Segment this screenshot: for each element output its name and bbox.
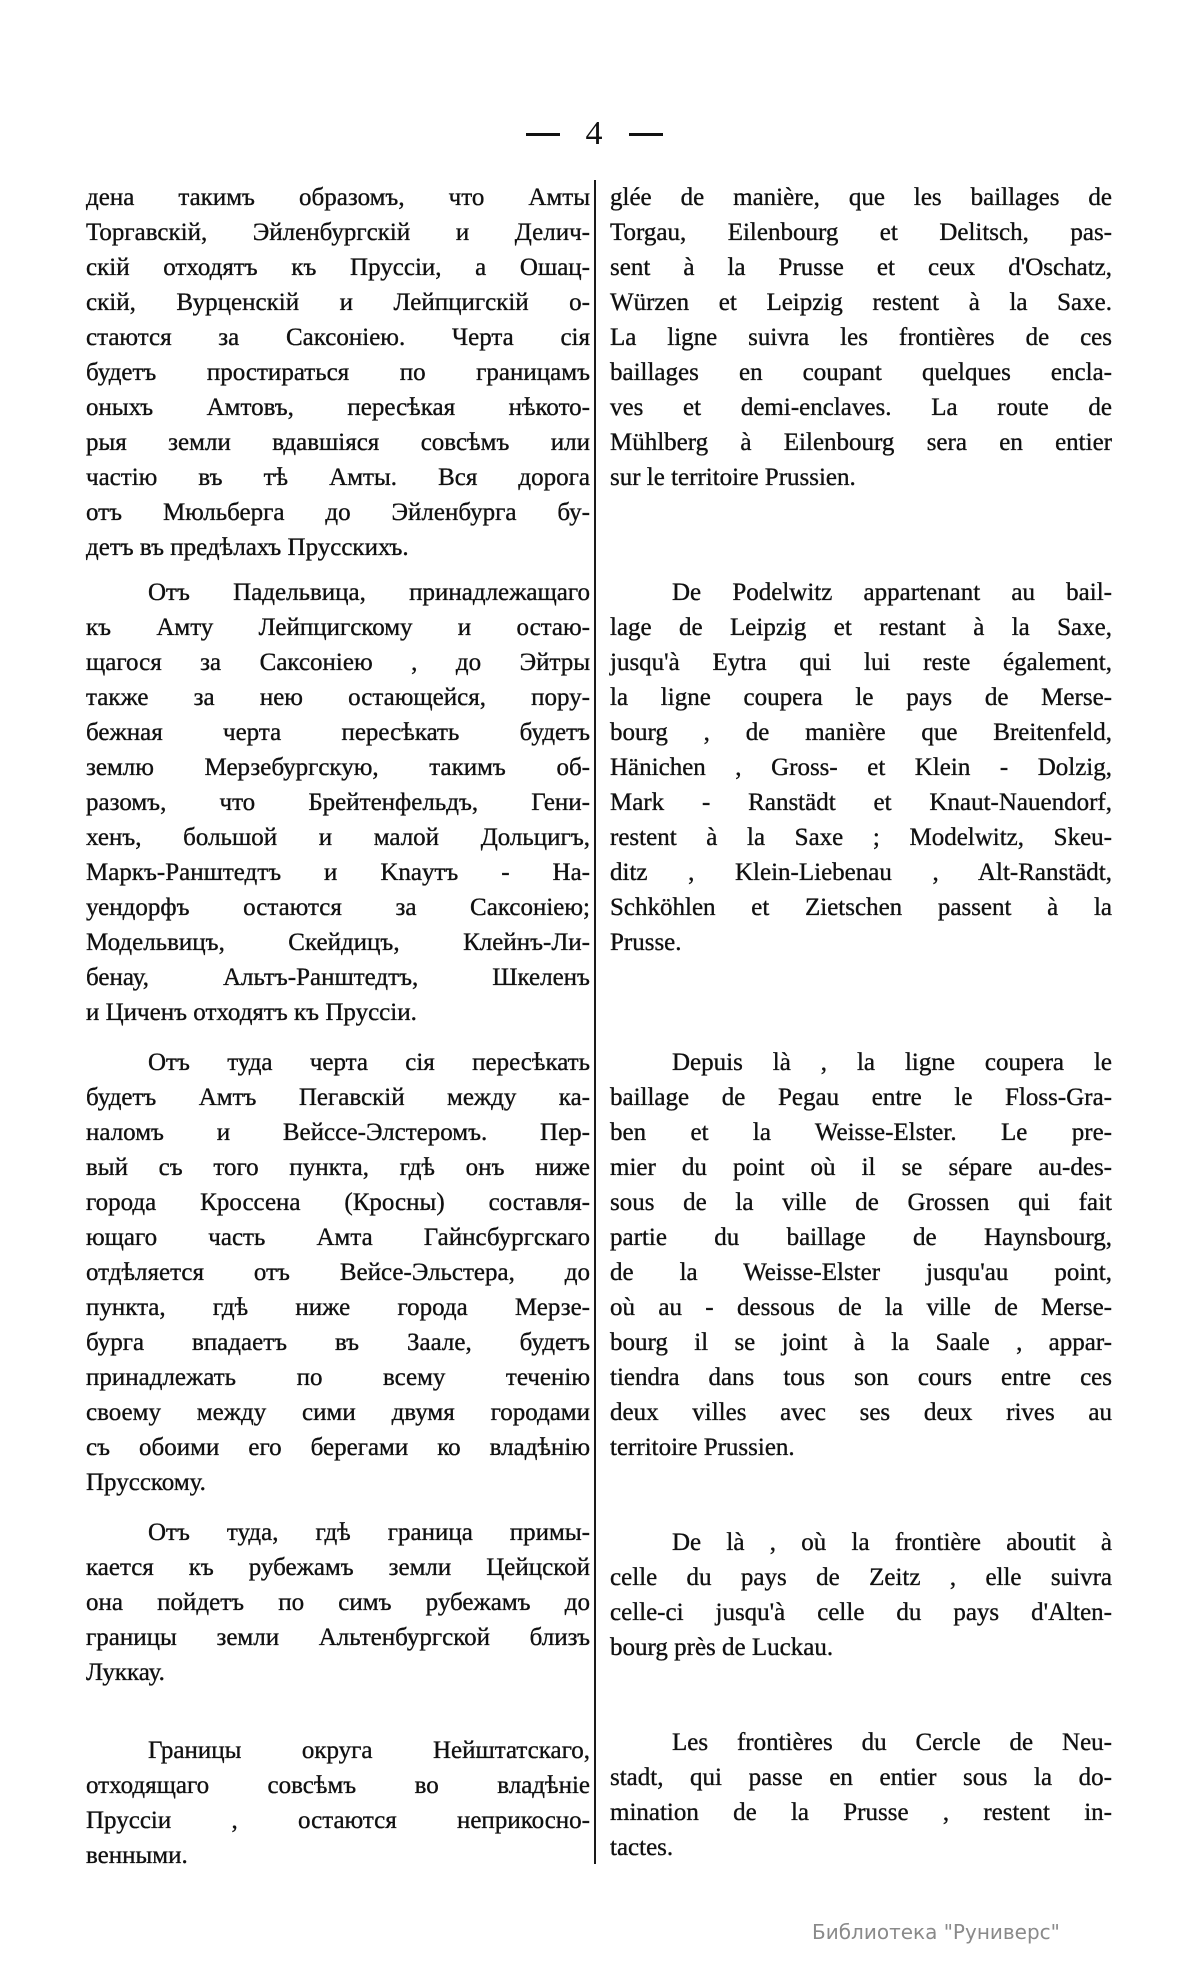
text-line: celle-ci jusqu'à celle du pays d'Alten- <box>610 1595 1112 1630</box>
text-line: Модельвицъ, Скейдицъ, Клейнъ-Ли- <box>86 925 590 960</box>
text-line: bourg il se joint à la Saale , appar- <box>610 1325 1112 1360</box>
text-line: territoire Prussien. <box>610 1430 1112 1465</box>
text-line: bourg , de manière que Breitenfeld, <box>610 715 1112 750</box>
text-line: кается къ рубежамъ земли Цейцской <box>86 1550 590 1585</box>
text-line: Торгавскій, Эйленбургскій и Делич- <box>86 215 590 250</box>
text-line: землю Мерзебургскую, такимъ об- <box>86 750 590 785</box>
russian-paragraph-2: Отъ Падельвица, принадлежащагокъ Амту Ле… <box>86 575 590 1030</box>
text-line: она пойдетъ по симъ рубежамъ до <box>86 1585 590 1620</box>
text-line: будетъ простираться по границамъ <box>86 355 590 390</box>
text-line: Mühlberg à Eilenbourg sera en entier <box>610 425 1112 460</box>
text-line: De Podelwitz appartenant au bail- <box>610 575 1112 610</box>
text-line: бурга впадаетъ въ Заале, будетъ <box>86 1325 590 1360</box>
page-number: 4 <box>0 114 1188 154</box>
text-line: ющаго часть Амта Гайнсбургскаго <box>86 1220 590 1255</box>
text-line: où au - dessous de la ville de Merse- <box>610 1290 1112 1325</box>
text-line: De là , où la frontière aboutit à <box>610 1525 1112 1560</box>
text-line: дена такимъ образомъ, что Амты <box>86 180 590 215</box>
text-line: Mark - Ranstädt et Knaut-Nauendorf, <box>610 785 1112 820</box>
text-line: jusqu'à Eytra qui lui reste également, <box>610 645 1112 680</box>
russian-paragraph-1: дена такимъ образомъ, что АмтыТоргавскій… <box>86 180 590 565</box>
text-line: baillage de Pegau entre le Floss-Gra- <box>610 1080 1112 1115</box>
text-line: La ligne suivra les frontières de ces <box>610 320 1112 355</box>
text-line: celle du pays de Zeitz , elle suivra <box>610 1560 1112 1595</box>
text-line: glée de manière, que les baillages de <box>610 180 1112 215</box>
text-line: вый съ того пункта, гдѣ онъ ниже <box>86 1150 590 1185</box>
text-line: sent à la Prusse et ceux d'Oschatz, <box>610 250 1112 285</box>
text-line: къ Амту Лейпцигскому и остаю- <box>86 610 590 645</box>
text-line: bourg près de Luckau. <box>610 1630 1112 1665</box>
text-line: mination de la Prusse , restent in- <box>610 1795 1112 1830</box>
text-line: венными. <box>86 1838 590 1873</box>
text-line: ves et demi-enclaves. La route de <box>610 390 1112 425</box>
french-paragraph-2: De Podelwitz appartenant au bail-lage de… <box>610 575 1112 960</box>
text-line: принадлежать по всему теченію <box>86 1360 590 1395</box>
text-line: tactes. <box>610 1830 1112 1865</box>
text-line: города Кроссена (Кросны) составля- <box>86 1185 590 1220</box>
text-line: скій отходятъ къ Пруссіи, а Ошац- <box>86 250 590 285</box>
text-line: Границы округа Нейштатскаго, <box>86 1733 590 1768</box>
text-line: Les frontières du Cercle de Neu- <box>610 1725 1112 1760</box>
text-line: ben et la Weisse-Elster. Le pre- <box>610 1115 1112 1150</box>
text-line: рыя земли вдавшіяся совсѣмъ или <box>86 425 590 460</box>
page-number-value: 4 <box>586 115 603 152</box>
column-divider <box>594 180 596 1864</box>
text-line: lage de Leipzig et restant à la Saxe, <box>610 610 1112 645</box>
text-line: Depuis là , la ligne coupera le <box>610 1045 1112 1080</box>
text-line: baillages en coupant quelques encla- <box>610 355 1112 390</box>
text-line: sur le territoire Prussien. <box>610 460 1112 495</box>
text-line: sous de la ville de Grossen qui fait <box>610 1185 1112 1220</box>
russian-paragraph-5: Границы округа Нейштатскаго,отходящаго с… <box>86 1733 590 1873</box>
text-line: Маркъ-Ранштедтъ и Knaутъ - На- <box>86 855 590 890</box>
text-line: Отъ туда, гдѣ граница примы- <box>86 1515 590 1550</box>
text-line: детъ въ предѣлахъ Прусскихъ. <box>86 530 590 565</box>
text-line: Würzen et Leipzig restent à la Saxe. <box>610 285 1112 320</box>
text-line: deux villes avec ses deux rives au <box>610 1395 1112 1430</box>
text-line: Пруссіи , остаются неприкосно- <box>86 1803 590 1838</box>
text-line: Prusse. <box>610 925 1112 960</box>
library-watermark: Библиотека "Руниверс" <box>812 1918 1060 1946</box>
text-line: съ обоими его берегами ко владѣнію <box>86 1430 590 1465</box>
text-line: Отъ туда черта сія пересѣкать <box>86 1045 590 1080</box>
text-line: щагося за Саксоніею , до Эйтры <box>86 645 590 680</box>
page-number-dash-right <box>629 133 663 136</box>
text-line: будетъ Амтъ Пегавскій между ка- <box>86 1080 590 1115</box>
text-line: tiendra dans tous son cours entre ces <box>610 1360 1112 1395</box>
text-line: stadt, qui passe en entier sous la do- <box>610 1760 1112 1795</box>
page-number-dash-left <box>526 133 560 136</box>
text-line: mier du point où il se sépare au-des- <box>610 1150 1112 1185</box>
text-line: Torgau, Eilenbourg et Delitsch, pas- <box>610 215 1112 250</box>
russian-paragraph-3: Отъ туда черта сія пересѣкатьбудетъ Амтъ… <box>86 1045 590 1500</box>
text-line: границы земли Альтенбургской близъ <box>86 1620 590 1655</box>
text-line: restent à la Saxe ; Modelwitz, Skeu- <box>610 820 1112 855</box>
text-line: частію въ тѣ Амты. Вся дорога <box>86 460 590 495</box>
text-line: la ligne coupera le pays de Merse- <box>610 680 1112 715</box>
text-line: наломъ и Вейссе-Элстеромъ. Пер- <box>86 1115 590 1150</box>
text-line: Hänichen , Gross- et Klein - Dolzig, <box>610 750 1112 785</box>
text-line: отходящаго совсѣмъ во владѣніе <box>86 1768 590 1803</box>
text-line: Отъ Падельвица, принадлежащаго <box>86 575 590 610</box>
text-line: стаются за Саксоніею. Черта сія <box>86 320 590 355</box>
french-paragraph-1: glée de manière, que les baillages deTor… <box>610 180 1112 495</box>
text-line: и Циченъ отходятъ къ Пруссіи. <box>86 995 590 1030</box>
text-line: разомъ, что Брейтенфельдъ, Гени- <box>86 785 590 820</box>
text-line: partie du baillage de Haynsbourg, <box>610 1220 1112 1255</box>
russian-paragraph-4: Отъ туда, гдѣ граница примы-кается къ ру… <box>86 1515 590 1690</box>
text-line: Луккау. <box>86 1655 590 1690</box>
french-paragraph-5: Les frontières du Cercle de Neu-stadt, q… <box>610 1725 1112 1865</box>
text-line: Прусскому. <box>86 1465 590 1500</box>
french-paragraph-3: Depuis là , la ligne coupera lebaillage … <box>610 1045 1112 1465</box>
text-line: бежная черта пересѣкать будетъ <box>86 715 590 750</box>
text-line: бенау, Альтъ-Ранштедтъ, Шкеленъ <box>86 960 590 995</box>
text-line: уендорфъ остаются за Саксоніею; <box>86 890 590 925</box>
text-line: также за нею остающейся, пору- <box>86 680 590 715</box>
text-line: пункта, гдѣ ниже города Мерзе- <box>86 1290 590 1325</box>
text-line: ditz , Klein-Liebenau , Alt-Ranstädt, <box>610 855 1112 890</box>
text-line: хенъ, большой и малой Дольцигъ, <box>86 820 590 855</box>
text-line: оныхъ Амтовъ, пересѣкая нѣкото- <box>86 390 590 425</box>
text-line: своему между сими двумя городами <box>86 1395 590 1430</box>
text-line: скій, Вурценскій и Лейпцигскій о- <box>86 285 590 320</box>
text-line: de la Weisse-Elster jusqu'au point, <box>610 1255 1112 1290</box>
text-line: Schköhlen et Zietschen passent à la <box>610 890 1112 925</box>
french-paragraph-4: De là , où la frontière aboutit àcelle d… <box>610 1525 1112 1665</box>
text-line: отъ Мюльберга до Эйленбурга бу- <box>86 495 590 530</box>
text-line: отдѣляется отъ Вейсе-Эльстера, до <box>86 1255 590 1290</box>
